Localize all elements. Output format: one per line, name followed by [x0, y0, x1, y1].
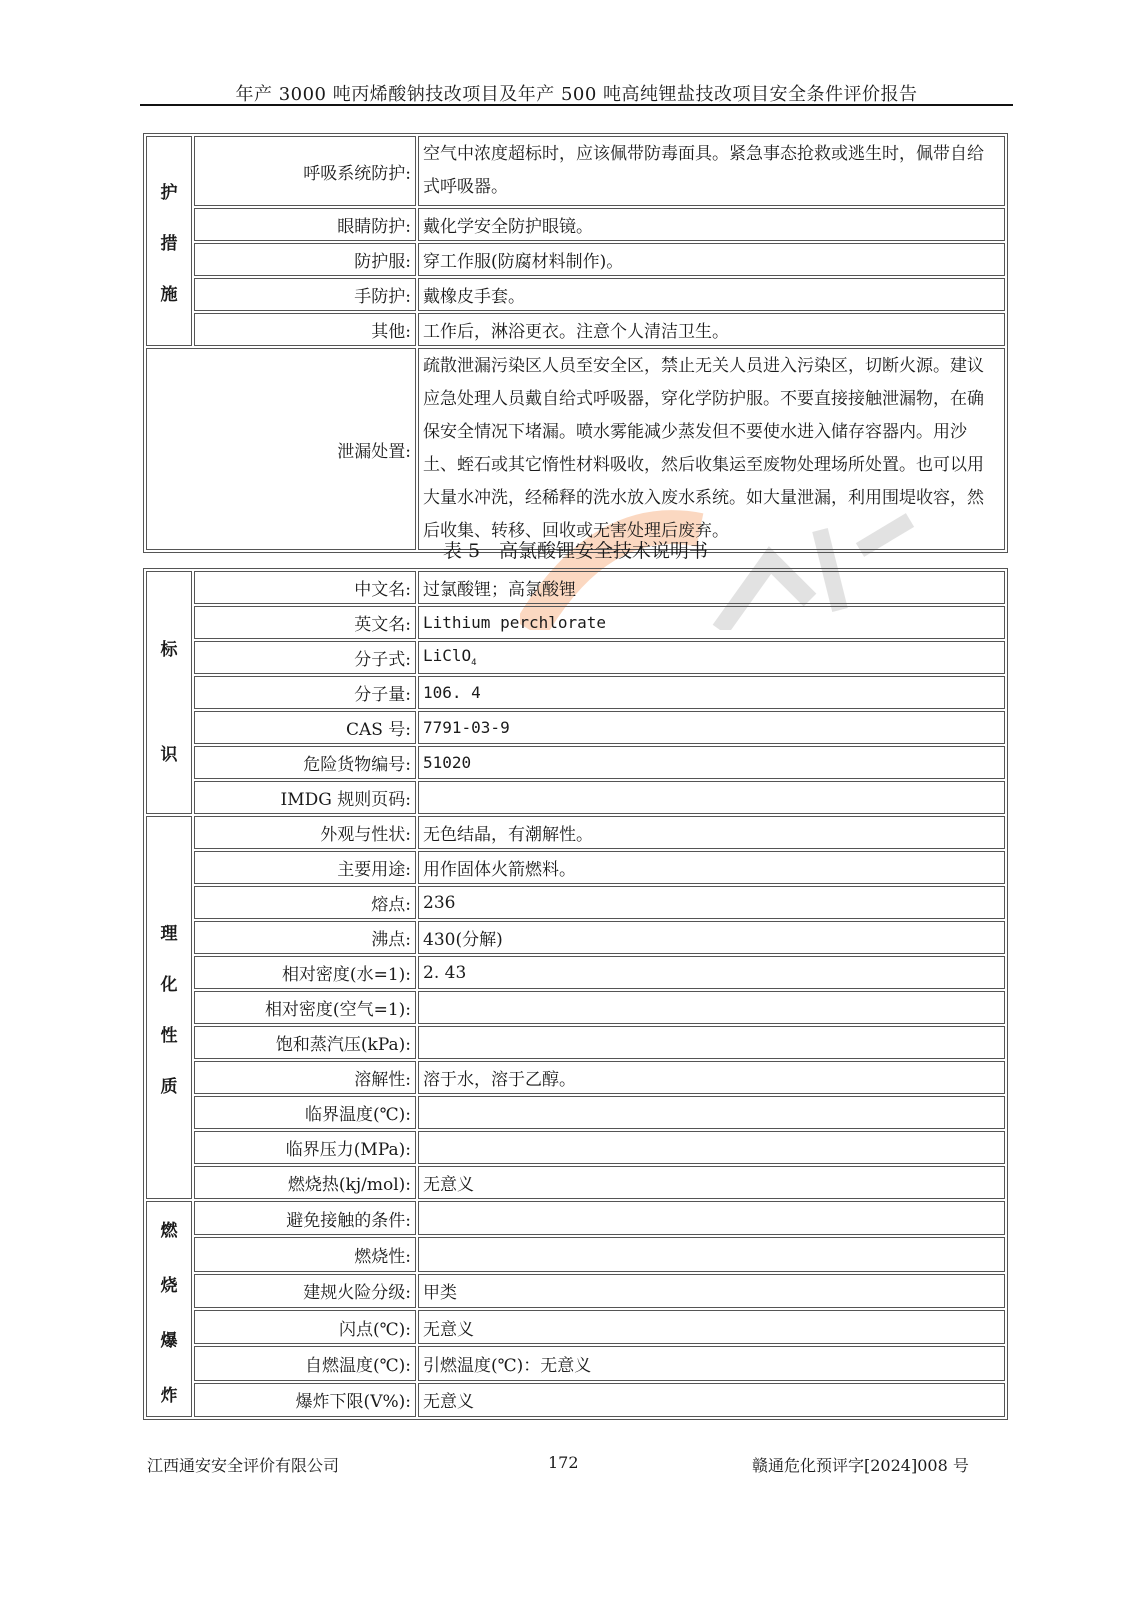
footer-doc-number: 赣通危化预评字[2024]008 号	[752, 1453, 969, 1476]
row-label: 防护服:	[194, 243, 416, 276]
table-row: CAS 号: 7791-03-9	[146, 711, 1005, 744]
row-value: 无色结晶，有潮解性。	[418, 816, 1005, 849]
table-row: IMDG 规则页码:	[146, 781, 1005, 814]
category-char: 护	[151, 178, 187, 203]
table-row: 分子量: 106. 4	[146, 676, 1005, 709]
category-identification: 标 识	[146, 571, 192, 814]
row-value: 2. 43	[418, 956, 1005, 989]
row-value: 430(分解)	[418, 921, 1005, 954]
row-label: 自燃温度(℃):	[194, 1346, 416, 1380]
row-label: 溶解性:	[194, 1061, 416, 1094]
table-row: 眼睛防护: 戴化学安全防护眼镜。	[146, 208, 1005, 241]
category-char: 性	[151, 1021, 187, 1046]
row-label: 燃烧性:	[194, 1237, 416, 1271]
row-value: 7791-03-9	[418, 711, 1005, 744]
row-label: 外观与性状:	[194, 816, 416, 849]
table-row: 沸点: 430(分解)	[146, 921, 1005, 954]
row-value: 236	[418, 886, 1005, 919]
row-label: 避免接触的条件:	[194, 1201, 416, 1235]
category-char: 化	[151, 970, 187, 995]
table-caption: 表 5 高氯酸锂安全技术说明书	[143, 536, 1008, 563]
formula-subscript: 4	[471, 659, 476, 669]
table-row: 理 化 性 质 外观与性状: 无色结晶，有潮解性。	[146, 816, 1005, 849]
row-label: IMDG 规则页码:	[194, 781, 416, 814]
category-char: 质	[151, 1072, 187, 1097]
category-char: 识	[151, 740, 187, 765]
row-label: 分子量:	[194, 676, 416, 709]
row-label: 沸点:	[194, 921, 416, 954]
row-label: 相对密度(空气=1):	[194, 991, 416, 1024]
row-value: 戴化学安全防护眼镜。	[418, 208, 1005, 241]
category-char: 炸	[151, 1381, 187, 1406]
category-physchem: 理 化 性 质	[146, 816, 192, 1199]
row-label: 危险货物编号:	[194, 746, 416, 779]
leak-value: 疏散泄漏污染区人员至安全区，禁止无关人员进入污染区，切断火源。建议应急处理人员戴…	[418, 348, 1005, 550]
row-value	[418, 1201, 1005, 1235]
row-label: 爆炸下限(V%):	[194, 1383, 416, 1417]
row-value: 无意义	[418, 1166, 1005, 1199]
category-combustion: 燃 烧 爆 炸	[146, 1201, 192, 1417]
row-value-formula: LiClO4	[418, 641, 1005, 674]
category-char: 爆	[151, 1326, 187, 1351]
table-row: 相对密度(空气=1):	[146, 991, 1005, 1024]
row-label: 临界压力(MPa):	[194, 1131, 416, 1164]
table-row: 手防护: 戴橡皮手套。	[146, 278, 1005, 311]
row-label: 临界温度(℃):	[194, 1096, 416, 1129]
table-row: 闪点(℃): 无意义	[146, 1310, 1005, 1344]
report-header-title: 年产 3000 吨丙烯酸钠技改项目及年产 500 吨高纯锂盐技改项目安全条件评价…	[140, 80, 1013, 106]
category-char: 理	[151, 919, 187, 944]
table-row: 燃 烧 爆 炸 避免接触的条件:	[146, 1201, 1005, 1235]
row-label: 燃烧热(kj/mol):	[194, 1166, 416, 1199]
row-label: 分子式:	[194, 641, 416, 674]
table-row: 燃烧热(kj/mol): 无意义	[146, 1166, 1005, 1199]
row-label: 英文名:	[194, 606, 416, 639]
row-value: 溶于水，溶于乙醇。	[418, 1061, 1005, 1094]
table-row: 爆炸下限(V%): 无意义	[146, 1383, 1005, 1417]
header-divider	[140, 104, 1013, 106]
row-value: 106. 4	[418, 676, 1005, 709]
row-value	[418, 781, 1005, 814]
sds-table-lithium-perchlorate: 标 识 中文名: 过氯酸锂；高氯酸锂 英文名: Lithium perchlor…	[143, 568, 1008, 1420]
row-label: 饱和蒸汽压(kPa):	[194, 1026, 416, 1059]
table-row: 饱和蒸汽压(kPa):	[146, 1026, 1005, 1059]
row-value: 戴橡皮手套。	[418, 278, 1005, 311]
table-row: 临界压力(MPa):	[146, 1131, 1005, 1164]
table-row: 燃烧性:	[146, 1237, 1005, 1271]
table-row: 相对密度(水=1): 2. 43	[146, 956, 1005, 989]
table-row: 标 识 中文名: 过氯酸锂；高氯酸锂	[146, 571, 1005, 604]
table-row: 护 措 施 呼吸系统防护: 空气中浓度超标时，应该佩带防毒面具。紧急事态抢救或逃…	[146, 136, 1005, 206]
row-value: 51020	[418, 746, 1005, 779]
table-row: 建规火险分级: 甲类	[146, 1274, 1005, 1308]
row-value: Lithium perchlorate	[418, 606, 1005, 639]
row-value: 空气中浓度超标时，应该佩带防毒面具。紧急事态抢救或逃生时，佩带自给式呼吸器。	[418, 136, 1005, 206]
row-value	[418, 1131, 1005, 1164]
table-row: 危险货物编号: 51020	[146, 746, 1005, 779]
row-value	[418, 1026, 1005, 1059]
row-label: 呼吸系统防护:	[194, 136, 416, 206]
table-row: 溶解性: 溶于水，溶于乙醇。	[146, 1061, 1005, 1094]
row-value: 用作固体火箭燃料。	[418, 851, 1005, 884]
table-row: 自燃温度(℃): 引燃温度(℃)：无意义	[146, 1346, 1005, 1380]
row-value: 穿工作服(防腐材料制作)。	[418, 243, 1005, 276]
table-row: 熔点: 236	[146, 886, 1005, 919]
formula-text: LiClO	[423, 646, 471, 665]
table-row: 英文名: Lithium perchlorate	[146, 606, 1005, 639]
category-char: 烧	[151, 1271, 187, 1296]
row-label: 手防护:	[194, 278, 416, 311]
category-char: 措	[151, 229, 187, 254]
category-protection: 护 措 施	[146, 136, 192, 346]
row-label: 眼睛防护:	[194, 208, 416, 241]
leak-label: 泄漏处置:	[146, 348, 416, 550]
table-row: 分子式: LiClO4	[146, 641, 1005, 674]
category-char: 标	[151, 635, 187, 660]
row-label: 相对密度(水=1):	[194, 956, 416, 989]
table-row: 防护服: 穿工作服(防腐材料制作)。	[146, 243, 1005, 276]
table-row: 主要用途: 用作固体火箭燃料。	[146, 851, 1005, 884]
row-label: 闪点(℃):	[194, 1310, 416, 1344]
row-label: 熔点:	[194, 886, 416, 919]
category-char: 燃	[151, 1216, 187, 1241]
category-char: 施	[151, 280, 187, 305]
row-label: CAS 号:	[194, 711, 416, 744]
row-value	[418, 1237, 1005, 1271]
row-label: 建规火险分级:	[194, 1274, 416, 1308]
row-value	[418, 991, 1005, 1024]
table-row: 临界温度(℃):	[146, 1096, 1005, 1129]
footer-company: 江西通安安全评价有限公司	[147, 1453, 339, 1476]
row-value: 过氯酸锂；高氯酸锂	[418, 571, 1005, 604]
row-label: 主要用途:	[194, 851, 416, 884]
row-label: 其他:	[194, 313, 416, 346]
row-value: 引燃温度(℃)：无意义	[418, 1346, 1005, 1380]
footer-page-number: 172	[548, 1453, 579, 1472]
row-value: 无意义	[418, 1383, 1005, 1417]
row-value: 无意义	[418, 1310, 1005, 1344]
table-row-leak: 泄漏处置: 疏散泄漏污染区人员至安全区，禁止无关人员进入污染区，切断火源。建议应…	[146, 348, 1005, 550]
table-row: 其他: 工作后，淋浴更衣。注意个人清洁卫生。	[146, 313, 1005, 346]
row-value: 甲类	[418, 1274, 1005, 1308]
row-label: 中文名:	[194, 571, 416, 604]
row-value	[418, 1096, 1005, 1129]
row-value: 工作后，淋浴更衣。注意个人清洁卫生。	[418, 313, 1005, 346]
sds-table-continued: 护 措 施 呼吸系统防护: 空气中浓度超标时，应该佩带防毒面具。紧急事态抢救或逃…	[143, 133, 1008, 553]
